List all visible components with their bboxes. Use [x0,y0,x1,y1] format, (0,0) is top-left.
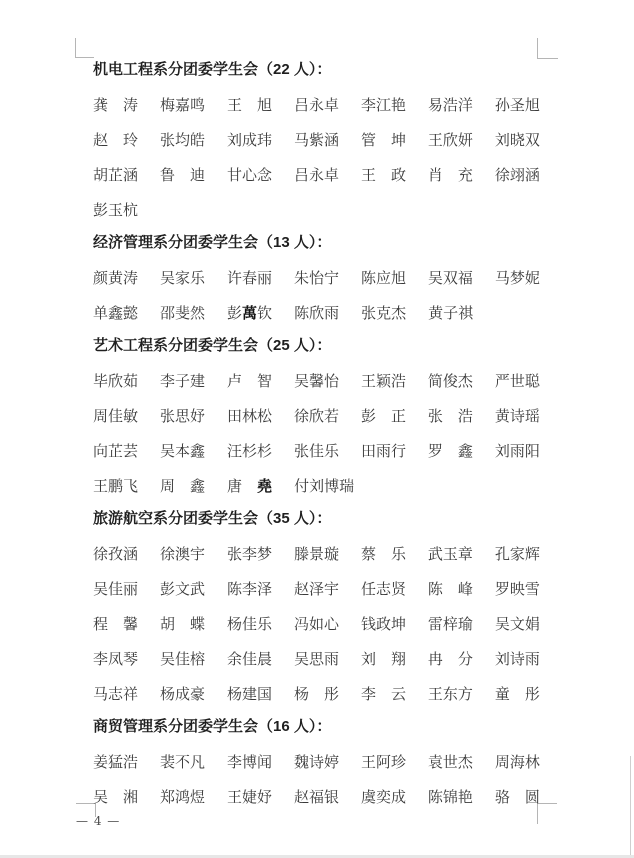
student-name: 周海林 [495,745,540,780]
crop-mark-bottom-right [537,803,557,824]
name-row: 马志祥杨成豪杨建国杨 彤李 云王东方童 彤 [93,677,540,712]
student-name: 吴文娟 [495,607,540,642]
section-heading: 经济管理系分团委学生会（13 人）： [93,233,540,253]
name-row: 赵 玲张均皓刘成玮马紫涵管 坤王欣妍刘晓双 [93,123,540,158]
student-name: 刘雨阳 [495,434,540,469]
student-name: 向芷芸 [93,434,138,469]
student-name: 杨建国 [227,677,272,712]
student-name: 彭萬钦 [227,296,272,331]
name-row: 吴佳丽彭文武陈李泽赵泽宇任志贤陈 峰罗映雪 [93,572,540,607]
student-name: 李博闻 [227,745,272,780]
student-name: 王 旭 [227,88,272,123]
student-name: 陈李泽 [227,572,272,607]
student-name: 徐澳宇 [160,537,205,572]
student-name: 陈 峰 [428,572,473,607]
section-heading: 商贸管理系分团委学生会（16 人）： [93,717,540,737]
student-name: 罗映雪 [495,572,540,607]
student-name: 吴佳丽 [93,572,138,607]
section-heading: 旅游航空系分团委学生会（35 人）： [93,509,540,529]
student-name: 毕欣茹 [93,364,138,399]
name-row: 单鑫懿邵斐然彭萬钦陈欣雨张克杰黄子祺 [93,296,540,331]
name-row: 毕欣茹李子建卢 智吴馨怡王颖浩简俊杰严世聪 [93,364,540,399]
student-name: 张佳乐 [294,434,339,469]
student-name: 姜猛浩 [93,745,138,780]
student-name: 肖 充 [428,158,473,193]
student-name: 赵 玲 [93,123,138,158]
student-name: 吕永卓 [294,88,339,123]
student-name: 杨 彤 [294,677,339,712]
student-name: 马紫涵 [294,123,339,158]
student-name: 马梦妮 [495,261,540,296]
student-name: 田雨行 [361,434,406,469]
student-name: 雷梓瑜 [428,607,473,642]
section-heading: 艺术工程系分团委学生会（25 人）： [93,336,540,356]
student-name: 赵福银 [294,780,339,815]
student-name: 陈应旭 [361,261,406,296]
student-name: 吴馨怡 [294,364,339,399]
fallback-glyph: 萬 [242,304,257,322]
student-name: 吴佳榕 [160,642,205,677]
student-name: 吴双福 [428,261,473,296]
student-name: 王东方 [428,677,473,712]
student-name: 吴家乐 [160,261,205,296]
student-name: 梅嘉鸣 [160,88,205,123]
student-name: 田林松 [227,399,272,434]
roster-section: 经济管理系分团委学生会（13 人）：颜黄涛吴家乐许春丽朱怡宁陈应旭吴双福马梦妮单… [93,233,540,331]
student-name: 钱政坤 [361,607,406,642]
student-name: 管 坤 [361,123,406,158]
document-page: 机电工程系分团委学生会（22 人）：龚 涛梅嘉鸣王 旭吕永卓李江艳易浩洋孙圣旭赵… [0,0,634,858]
roster-section: 艺术工程系分团委学生会（25 人）：毕欣茹李子建卢 智吴馨怡王颖浩简俊杰严世聪周… [93,336,540,504]
student-name: 彭玉杭 [93,193,138,228]
name-row: 胡芷涵鲁 迪甘心念吕永卓王 政肖 充徐翊涵 [93,158,540,193]
name-row: 龚 涛梅嘉鸣王 旭吕永卓李江艳易浩洋孙圣旭 [93,88,540,123]
student-name: 汪杉杉 [227,434,272,469]
student-name: 杨佳乐 [227,607,272,642]
student-name: 王阿珍 [361,745,406,780]
roster-content: 机电工程系分团委学生会（22 人）：龚 涛梅嘉鸣王 旭吕永卓李江艳易浩洋孙圣旭赵… [93,54,540,815]
student-name: 龚 涛 [93,88,138,123]
student-name: 任志贤 [361,572,406,607]
student-name: 陈锦艳 [428,780,473,815]
student-name: 单鑫懿 [93,296,138,331]
student-name: 郑鸿煜 [160,780,205,815]
name-row: 彭玉杭 [93,193,540,228]
student-name: 骆 圆 [495,780,540,815]
student-name: 刘成玮 [227,123,272,158]
student-name: 颜黄涛 [93,261,138,296]
student-name: 李江艳 [361,88,406,123]
name-row: 周佳敏张思妤田林松徐欣若彭 正张 浩黄诗瑶 [93,399,540,434]
student-name: 张 浩 [428,399,473,434]
student-name: 张李梦 [227,537,272,572]
student-name: 赵泽宇 [294,572,339,607]
student-name: 马志祥 [93,677,138,712]
student-name: 黄子祺 [428,296,473,331]
student-name: 卢 智 [227,364,272,399]
student-name: 唐 堯 [227,469,272,504]
student-name: 徐孜涵 [93,537,138,572]
student-name: 张思妤 [160,399,205,434]
student-name: 彭文武 [160,572,205,607]
student-name: 余佳晨 [227,642,272,677]
student-name: 杨成豪 [160,677,205,712]
student-name: 张克杰 [361,296,406,331]
roster-section: 旅游航空系分团委学生会（35 人）：徐孜涵徐澳宇张李梦滕景璇蔡 乐武玉章孔家辉吴… [93,509,540,712]
name-row: 颜黄涛吴家乐许春丽朱怡宁陈应旭吴双福马梦妮 [93,261,540,296]
student-name: 吕永卓 [294,158,339,193]
student-name: 童 彤 [495,677,540,712]
student-name: 蔡 乐 [361,537,406,572]
student-name: 李凤琴 [93,642,138,677]
student-name: 朱怡宁 [294,261,339,296]
student-name: 王颖浩 [361,364,406,399]
student-name: 彭 正 [361,399,406,434]
student-name: 程 馨 [93,607,138,642]
student-name: 袁世杰 [428,745,473,780]
student-name: 王欣妍 [428,123,473,158]
student-name: 易浩洋 [428,88,473,123]
student-name: 孙圣旭 [495,88,540,123]
student-name: 甘心念 [227,158,272,193]
student-name: 胡 蝶 [160,607,205,642]
student-name: 付刘博瑞 [294,469,354,504]
student-name: 罗 鑫 [428,434,473,469]
crop-mark-top-left [75,38,94,58]
roster-section: 机电工程系分团委学生会（22 人）：龚 涛梅嘉鸣王 旭吕永卓李江艳易浩洋孙圣旭赵… [93,60,540,228]
student-name: 冯如心 [294,607,339,642]
student-name: 黄诗瑶 [495,399,540,434]
page-number: — 4 — [76,814,120,828]
roster-section: 商贸管理系分团委学生会（16 人）：姜猛浩裴不凡李博闻魏诗婷王阿珍袁世杰周海林吴… [93,717,540,815]
student-name: 鲁 迪 [160,158,205,193]
student-name: 魏诗婷 [294,745,339,780]
student-name: 胡芷涵 [93,158,138,193]
student-name: 刘诗雨 [495,642,540,677]
student-name: 吴思雨 [294,642,339,677]
student-name: 张均皓 [160,123,205,158]
student-name: 冉 分 [428,642,473,677]
name-row: 李凤琴吴佳榕余佳晨吴思雨刘 翔冉 分刘诗雨 [93,642,540,677]
student-name: 刘晓双 [495,123,540,158]
student-name: 简俊杰 [428,364,473,399]
student-name: 虞奕成 [361,780,406,815]
name-row: 程 馨胡 蝶杨佳乐冯如心钱政坤雷梓瑜吴文娟 [93,607,540,642]
student-name: 王婕妤 [227,780,272,815]
fallback-glyph: 堯 [257,477,272,495]
name-row: 向芷芸吴本鑫汪杉杉张佳乐田雨行罗 鑫刘雨阳 [93,434,540,469]
student-name: 武玉章 [428,537,473,572]
student-name: 刘 翔 [361,642,406,677]
name-row: 徐孜涵徐澳宇张李梦滕景璇蔡 乐武玉章孔家辉 [93,537,540,572]
student-name: 李子建 [160,364,205,399]
student-name: 吴本鑫 [160,434,205,469]
student-name: 王 政 [361,158,406,193]
section-heading: 机电工程系分团委学生会（22 人）： [93,60,540,80]
student-name: 邵斐然 [160,296,205,331]
student-name: 吴 湘 [93,780,138,815]
student-name: 陈欣雨 [294,296,339,331]
crop-mark-top-right [537,38,558,59]
student-name: 李 云 [361,677,406,712]
student-name: 徐翊涵 [495,158,540,193]
student-name: 许春丽 [227,261,272,296]
name-row: 吴 湘郑鸿煜王婕妤赵福银虞奕成陈锦艳骆 圆 [93,780,540,815]
student-name: 徐欣若 [294,399,339,434]
student-name: 裴不凡 [160,745,205,780]
student-name: 周佳敏 [93,399,138,434]
page-right-edge [630,756,631,855]
student-name: 王鹏飞 [93,469,138,504]
name-row: 王鹏飞周 鑫唐 堯付刘博瑞 [93,469,540,504]
student-name: 周 鑫 [160,469,205,504]
student-name: 滕景璇 [294,537,339,572]
name-row: 姜猛浩裴不凡李博闻魏诗婷王阿珍袁世杰周海林 [93,745,540,780]
student-name: 孔家辉 [495,537,540,572]
student-name: 严世聪 [495,364,540,399]
